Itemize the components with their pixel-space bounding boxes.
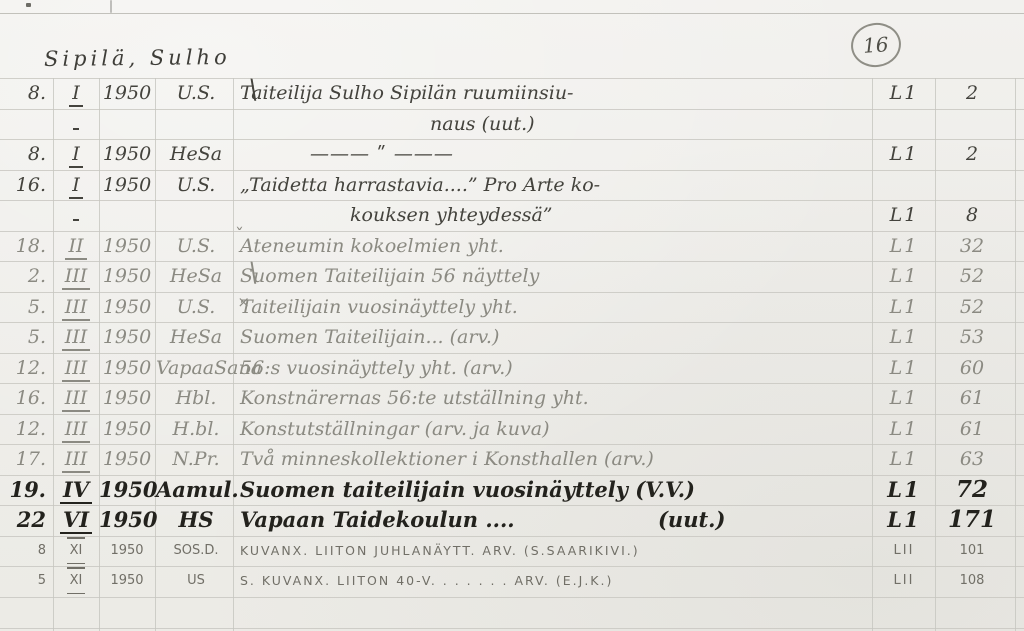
cell-ref-page: 101 [936,536,1008,567]
cell-month: III [53,292,99,323]
cell-ref-page: 63 [936,444,1008,475]
cell-ref-code: L1 [874,231,934,262]
cell-year: 1950 [99,536,155,567]
month-numeral: III [62,386,91,412]
description-right-note: (uut.) [658,505,725,535]
cell-ref-code [874,109,934,140]
cell-ref-page: 60 [936,353,1008,384]
cell-day: 2. [0,261,46,292]
table-row: 12. III 1950 H.bl. Konstutställningar (a… [0,414,1024,445]
cell-year [99,200,155,231]
cell-year: 1950 [99,231,155,262]
cell-month [53,109,99,140]
cell-month: XI [53,536,99,567]
top-margin-rule [0,13,1024,14]
cell-year: 1950 [99,505,155,536]
cell-description: KUVANX. LIITON JUHLANÄYTT. ARV. (S.SAARI… [240,536,874,567]
cell-publication: Aamul. [156,475,236,506]
cell-ref-code: L1 [874,139,934,170]
cell-description: Vapaan Taidekoulun ....(uut.) [240,505,874,536]
cell-ref-page [936,109,1008,140]
month-numeral: I [69,142,83,168]
cell-month: III [53,261,99,292]
cell-ref-page [936,170,1008,201]
cell-month: I [53,139,99,170]
cell-ref-page: 8 [936,200,1008,231]
cell-description: Konstutställningar (arv. ja kuva) [240,414,874,445]
month-numeral: III [62,356,91,382]
cell-year: 1950 [99,566,155,597]
table-row: 5 XI 1950 US S. KUVANX. LIITON 40-V. . .… [0,566,1024,597]
cell-ref-code: L1 [874,261,934,292]
rule-line [0,628,1024,629]
month-numeral: XI [67,567,86,594]
cell-year: 1950 [99,475,155,506]
cell-ref-page: 171 [936,505,1008,536]
cell-day: 16. [0,170,46,201]
cell-ref-page: 53 [936,322,1008,353]
cell-ref-code: L1 [874,322,934,353]
month-numeral: I [69,173,83,199]
cell-ref-code: L1 [874,78,934,109]
cell-publication: HeSa [156,139,236,170]
cell-day: 12. [0,414,46,445]
month-numeral: III [62,417,91,443]
cell-ref-code: L1 [874,475,934,506]
table-row: 16. III 1950 Hbl. Konstnärernas 56:te ut… [0,383,1024,414]
cell-day: 18. [0,231,46,262]
cell-ref-code: LII [874,566,934,597]
cell-description: Ateneumin kokoelmien yht. [240,231,874,262]
scan-speck [26,3,31,7]
cell-month: I [53,78,99,109]
month-numeral: III [62,264,91,290]
cell-description: Suomen taiteilijain vuosinäyttely (V.V.) [240,475,874,506]
cell-ref-page: 61 [936,414,1008,445]
cell-month: III [53,444,99,475]
cell-ref-code [874,170,934,201]
month-numeral: III [62,325,91,351]
cell-month [53,200,99,231]
cell-month: III [53,383,99,414]
cell-ref-page: 32 [936,231,1008,262]
month-numeral [73,219,79,221]
page-number: 16 [862,32,889,58]
cell-publication: US [156,566,236,597]
month-numeral: III [62,447,91,473]
cell-day: 8 [0,536,46,567]
cell-day: 22 [0,505,46,536]
cell-year [99,109,155,140]
cell-year: 1950 [99,383,155,414]
table-row: 22 VI 1950 HS Vapaan Taidekoulun ....(uu… [0,505,1024,536]
cell-year: 1950 [99,353,155,384]
scanned-index-card: Sipilä, Sulho 16 8. I 1950 U.S.\ Taiteil… [0,0,1024,631]
cell-description: „Taidetta harrastavia....” Pro Arte ko- [240,170,874,201]
cell-month: IV [53,475,99,506]
cell-ref-code: L1 [874,505,934,536]
cell-description: kouksen yhteydessä” [240,200,984,231]
cell-year: 1950 [99,78,155,109]
table-row: 8. I 1950 U.S.\ Taiteilija Sulho Sipilän… [0,78,1024,109]
cell-description: Suomen Taiteilijain... (arv.) [240,322,874,353]
table-row: 2. III 1950 HeSa\ Suomen Taiteilijain 56… [0,261,1024,292]
cell-day [0,200,46,231]
cell-publication: U.S.× [156,292,236,323]
cell-description: S. KUVANX. LIITON 40-V. . . . . . . ARV.… [240,566,874,597]
cell-year: 1950 [99,170,155,201]
cell-publication: HeSa [156,322,236,353]
month-numeral: IV [60,478,92,504]
table-row: 5. III 1950 HeSa Suomen Taiteilijain... … [0,322,1024,353]
cell-publication [156,200,236,231]
cell-ref-code: L1 [874,444,934,475]
cell-publication: VapaaSana [156,353,236,384]
cell-ref-page: 52 [936,292,1008,323]
cell-publication: HS [156,505,236,536]
cell-description: Två minneskollektioner i Konsthallen (ar… [240,444,874,475]
cell-ref-code: L1 [874,200,934,231]
scan-speck [110,0,112,13]
cell-ref-page: 2 [936,78,1008,109]
cell-month: XI [53,566,99,597]
cell-publication: Hbl. [156,383,236,414]
cell-day: 8. [0,78,46,109]
table-row: 16. I 1950 U.S. „Taidetta harrastavia...… [0,170,1024,201]
cell-publication: HeSa\ [156,261,236,292]
card-header-name: Sipilä, Sulho [44,45,231,71]
cell-year: 1950 [99,292,155,323]
cell-description: Konstnärernas 56:te utställning yht. [240,383,874,414]
table-row: kouksen yhteydessä” L1 8 [0,200,1024,231]
cell-ref-page: 72 [936,475,1008,506]
cell-ref-page: 2 [936,139,1008,170]
cell-ref-code: L1 [874,414,934,445]
cell-publication: U.S.ˇ [156,231,236,262]
cell-publication [156,109,236,140]
cell-ref-code: L1 [874,383,934,414]
cell-day: 19. [0,475,46,506]
cell-ref-code: L1 [874,353,934,384]
cell-day: 5. [0,292,46,323]
month-numeral: II [65,234,86,260]
cell-publication: N.Pr. [156,444,236,475]
table-row: 8. I 1950 HeSa ——— ʺ ——— L1 2 [0,139,1024,170]
table-row: naus (uut.) [0,109,1024,140]
cell-month: I [53,170,99,201]
cell-ref-page: 108 [936,566,1008,597]
cell-month: II [53,231,99,262]
cell-description: Suomen Taiteilijain 56 näyttely [240,261,874,292]
cell-day [0,109,46,140]
cell-month: III [53,414,99,445]
table-row: 17. III 1950 N.Pr. Två minneskollektione… [0,444,1024,475]
cell-publication: H.bl. [156,414,236,445]
cell-month: III [53,322,99,353]
cell-year: 1950 [99,139,155,170]
month-numeral: I [69,81,83,107]
month-numeral: XI [67,537,86,564]
cell-day: 16. [0,383,46,414]
cell-description: Taiteilija Sulho Sipilän ruumiinsiu- [240,78,874,109]
cell-description: 56:s vuosinäyttely yht. (arv.) [240,353,874,384]
cell-ref-page: 52 [936,261,1008,292]
month-numeral [73,128,79,130]
cell-ref-code: LII [874,536,934,567]
table-row: 12. III 1950 VapaaSana 56:s vuosinäyttel… [0,353,1024,384]
table-row: 5. III 1950 U.S.× Taiteilijain vuosinäyt… [0,292,1024,323]
cell-year: 1950 [99,444,155,475]
cell-year: 1950 [99,414,155,445]
table-row: 18. II 1950 U.S.ˇ Ateneumin kokoelmien y… [0,231,1024,262]
month-numeral: VI [60,508,92,534]
cell-ref-code: L1 [874,292,934,323]
table-row: 19. IV 1950 Aamul. Suomen taiteilijain v… [0,475,1024,506]
cell-day: 17. [0,444,46,475]
cell-publication: U.S.\ [156,78,236,109]
cell-year: 1950 [99,261,155,292]
cell-day: 12. [0,353,46,384]
month-numeral: III [62,295,91,321]
cell-ref-page: 61 [936,383,1008,414]
cell-day: 5. [0,322,46,353]
cell-day: 8. [0,139,46,170]
cell-month: VI [53,505,99,536]
page-number-circle: 16 [848,20,904,71]
cell-description: ——— ʺ ——— [240,139,944,170]
cell-publication: U.S. [156,170,236,201]
cell-day: 5 [0,566,46,597]
cell-year: 1950 [99,322,155,353]
table-row: 8 XI 1950 SOS.D. KUVANX. LIITON JUHLANÄY… [0,536,1024,567]
cell-publication: SOS.D. [156,536,236,567]
cell-description: Taiteilijain vuosinäyttely yht. [240,292,874,323]
cell-month: III [53,353,99,384]
